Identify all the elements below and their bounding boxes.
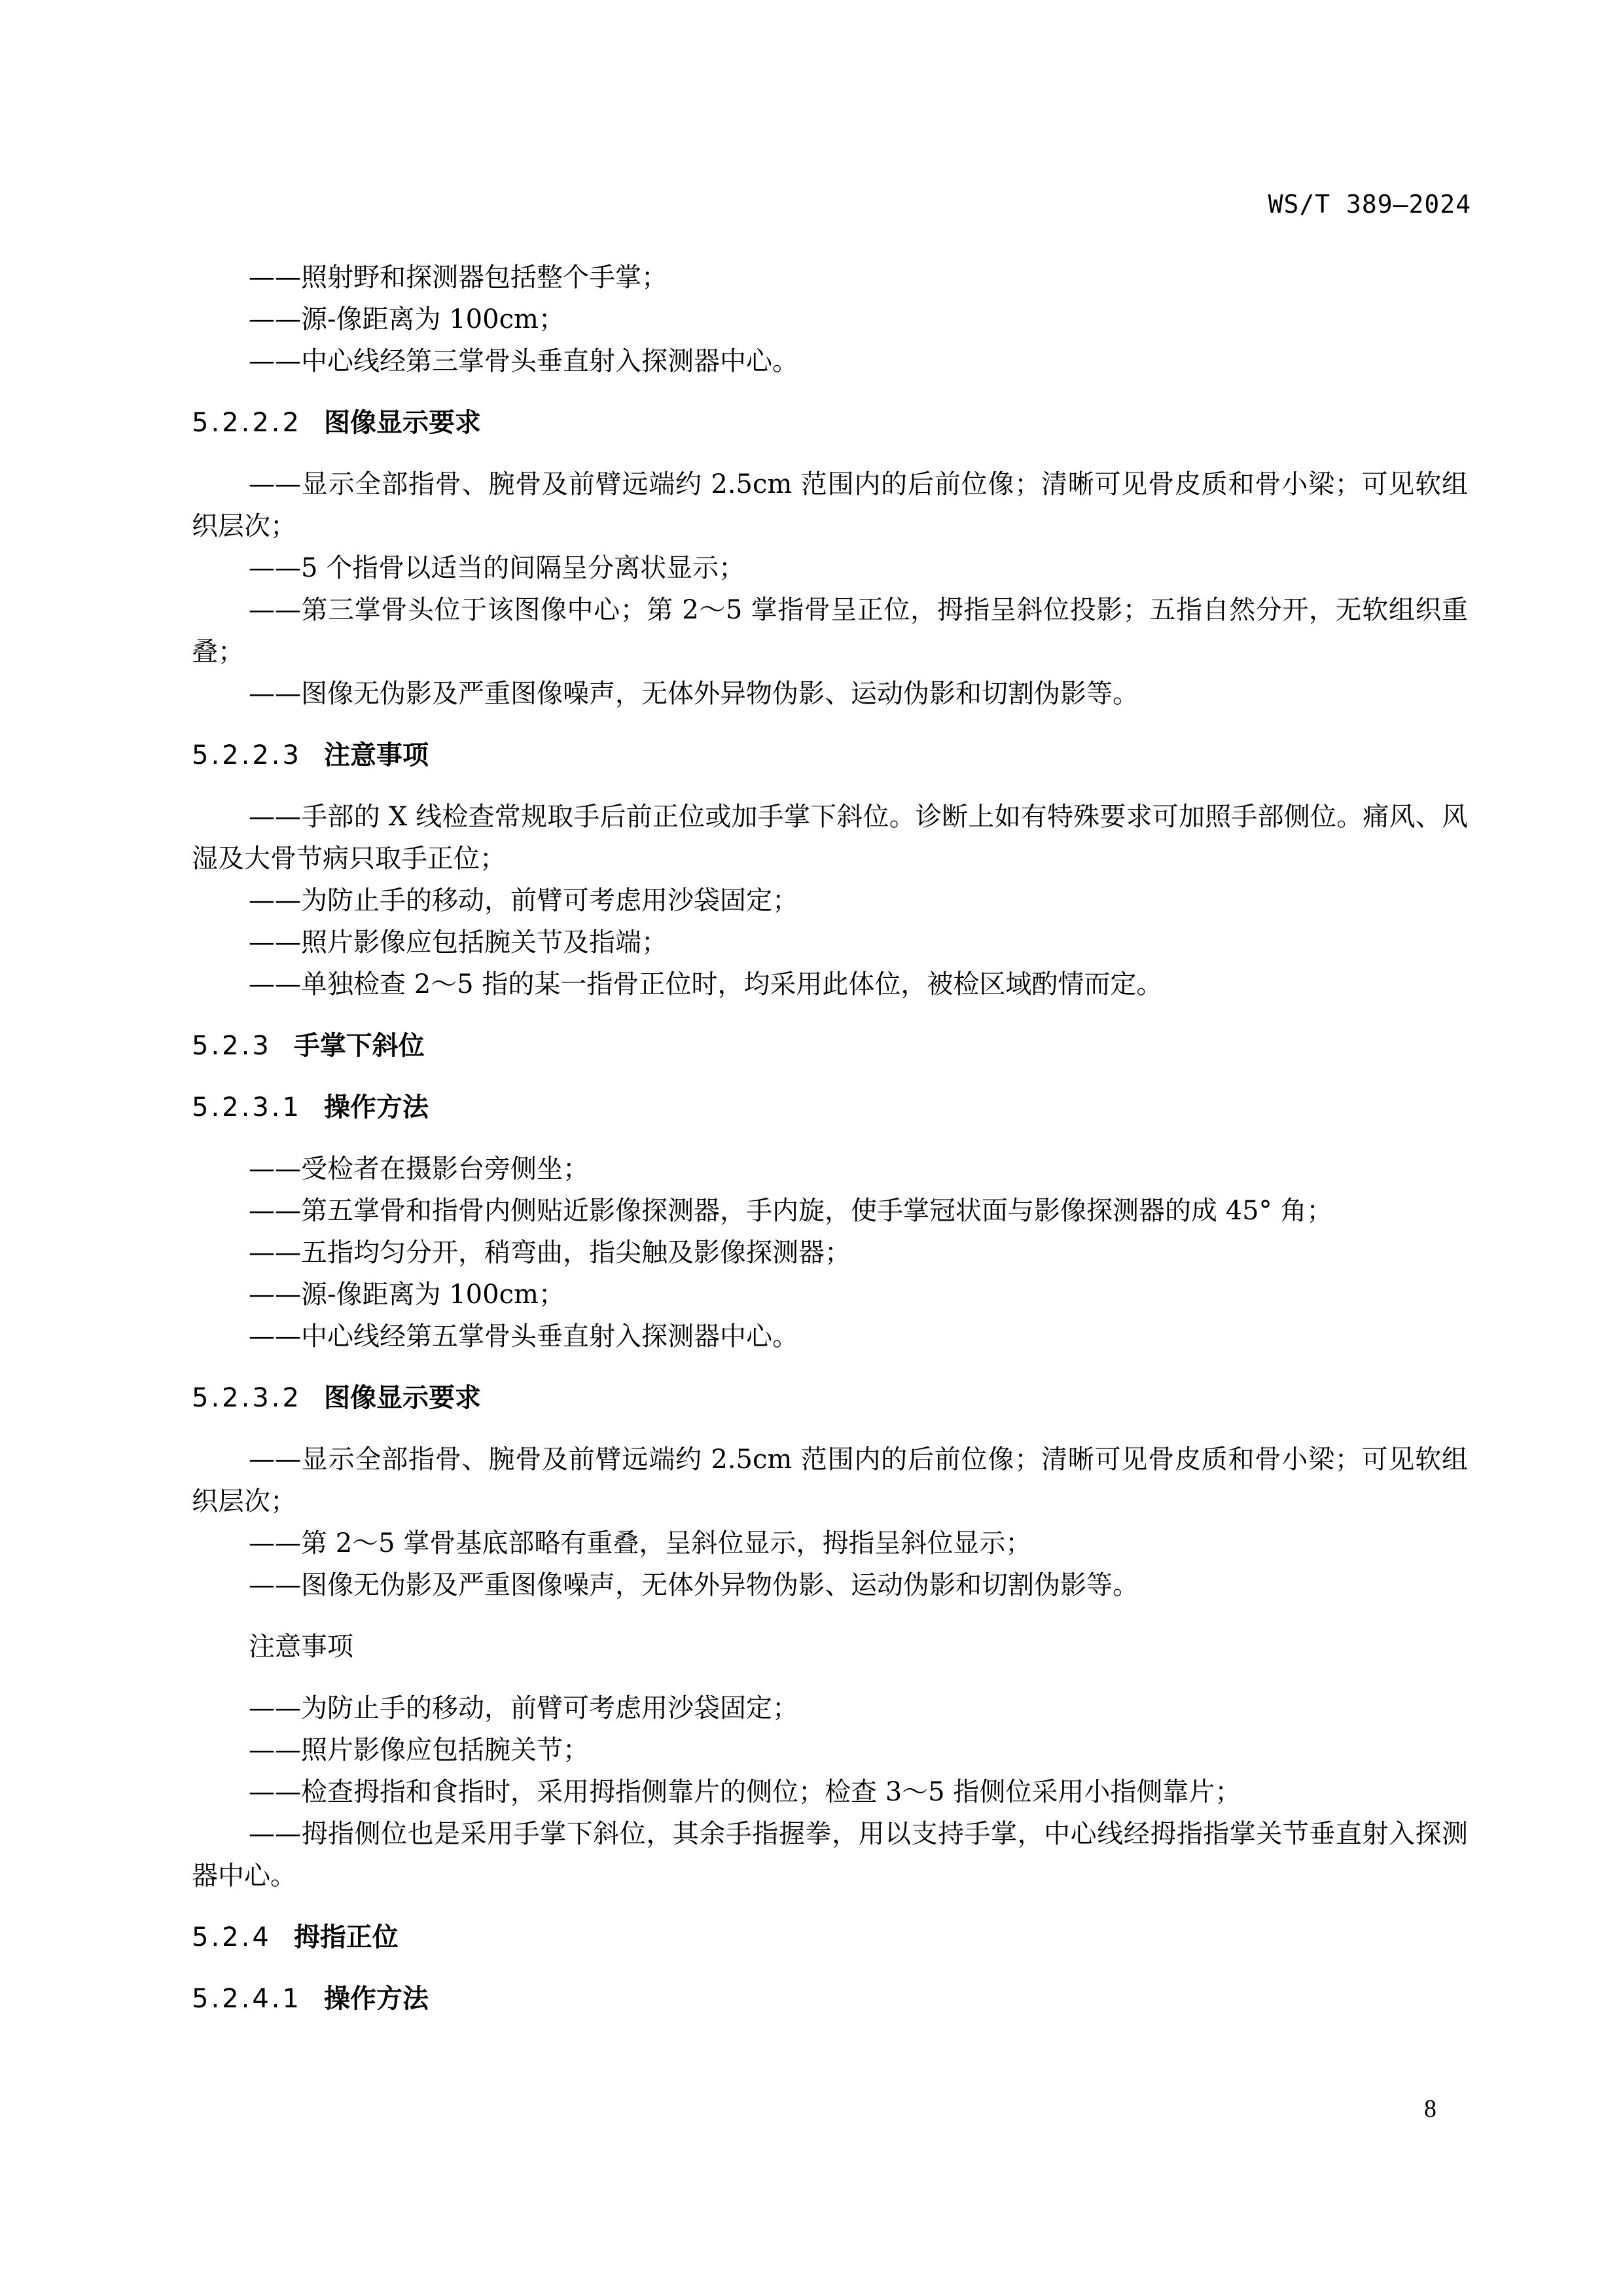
section-number: 5.2.3.2 <box>192 1383 302 1413</box>
list-item: ——第 2～5 掌骨基底部略有重叠，呈斜位显示，拇指呈斜位显示； <box>192 1522 1468 1564</box>
list-item: ——拇指侧位也是采用手掌下斜位，其余手指握拳，用以支持手掌，中心线经拇指指掌关节… <box>192 1813 1468 1897</box>
section-heading: 5.2.3.2图像显示要求 <box>192 1377 1468 1419</box>
list-item: ——源-像距离为 100cm； <box>192 1274 1468 1316</box>
document-body: ——照射野和探测器包括整个手掌； ——源-像距离为 100cm； ——中心线经第… <box>192 257 1468 2039</box>
list-item: ——为防止手的移动，前臂可考虑用沙袋固定； <box>192 880 1468 922</box>
list-item: ——中心线经第三掌骨头垂直射入探测器中心。 <box>192 340 1468 382</box>
page-number: 8 <box>1424 2094 1436 2123</box>
section-number: 5.2.4 <box>192 1922 272 1952</box>
list-item: ——源-像距离为 100cm； <box>192 298 1468 340</box>
list-item: ——第三掌骨头位于该图像中心；第 2～5 掌指骨呈正位，拇指呈斜位投影；五指自然… <box>192 589 1468 673</box>
list-item: ——图像无伪影及严重图像噪声，无体外异物伪影、运动伪影和切割伪影等。 <box>192 1564 1468 1606</box>
list-item: ——图像无伪影及严重图像噪声，无体外异物伪影、运动伪影和切割伪影等。 <box>192 673 1468 715</box>
list-item: ——五指均匀分开，稍弯曲，指尖触及影像探测器； <box>192 1232 1468 1274</box>
list-item: ——照片影像应包括腕关节； <box>192 1729 1468 1771</box>
section-number: 5.2.2.3 <box>192 740 302 770</box>
list-item: ——5 个指骨以适当的间隔呈分离状显示； <box>192 547 1468 589</box>
section-title: 图像显示要求 <box>324 1383 481 1413</box>
section-heading: 5.2.4.1操作方法 <box>192 1978 1468 2020</box>
section-title: 拇指正位 <box>294 1922 399 1952</box>
section-number: 5.2.4.1 <box>192 1984 302 2014</box>
list-item: ——为防止手的移动，前臂可考虑用沙袋固定； <box>192 1687 1468 1729</box>
section-heading: 5.2.2.3注意事项 <box>192 734 1468 776</box>
list-item: ——中心线经第五掌骨头垂直射入探测器中心。 <box>192 1316 1468 1357</box>
section-number: 5.2.3.1 <box>192 1092 302 1122</box>
list-item: ——受检者在摄影台旁侧坐； <box>192 1148 1468 1190</box>
standard-id-header: WS/T 389—2024 <box>1268 190 1471 219</box>
section-title: 图像显示要求 <box>324 408 481 438</box>
section-heading: 5.2.4拇指正位 <box>192 1916 1468 1958</box>
section-title: 注意事项 <box>324 740 429 770</box>
list-item: ——照射野和探测器包括整个手掌； <box>192 257 1468 298</box>
section-number: 5.2.2.2 <box>192 408 302 438</box>
section-heading: 5.2.3.1操作方法 <box>192 1086 1468 1128</box>
list-item: ——单独检查 2～5 指的某一指骨正位时，均采用此体位，被检区域酌情而定。 <box>192 963 1468 1005</box>
list-item: ——显示全部指骨、腕骨及前臂远端约 2.5cm 范围内的后前位像；清晰可见骨皮质… <box>192 1439 1468 1522</box>
list-item: ——检查拇指和食指时，采用拇指侧靠片的侧位；检查 3～5 指侧位采用小指侧靠片； <box>192 1771 1468 1813</box>
section-title: 操作方法 <box>324 1984 429 2014</box>
list-item: ——手部的 X 线检查常规取手后前正位或加手掌下斜位。诊断上如有特殊要求可加照手… <box>192 796 1468 880</box>
section-number: 5.2.3 <box>192 1031 272 1061</box>
section-heading: 5.2.2.2图像显示要求 <box>192 402 1468 444</box>
section-title: 手掌下斜位 <box>294 1031 425 1061</box>
list-item: ——第五掌骨和指骨内侧贴近影像探测器，手内旋，使手掌冠状面与影像探测器的成 45… <box>192 1190 1468 1232</box>
list-item: ——显示全部指骨、腕骨及前臂远端约 2.5cm 范围内的后前位像；清晰可见骨皮质… <box>192 463 1468 547</box>
section-heading: 5.2.3手掌下斜位 <box>192 1025 1468 1067</box>
list-item: ——照片影像应包括腕关节及指端； <box>192 922 1468 963</box>
note-label: 注意事项 <box>192 1626 1468 1668</box>
section-title: 操作方法 <box>324 1092 429 1122</box>
